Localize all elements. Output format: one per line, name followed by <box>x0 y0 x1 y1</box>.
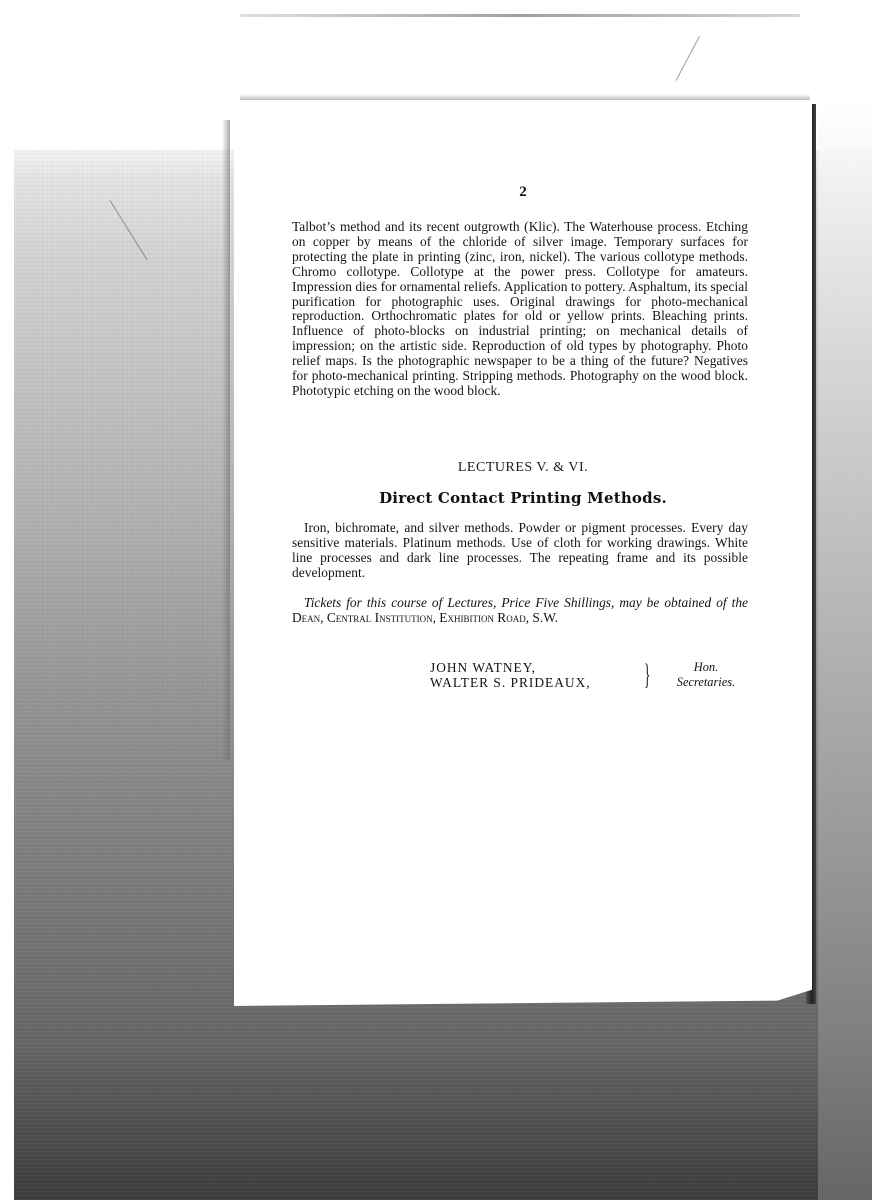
tickets-notice: Tickets for this course of Lectures, Pri… <box>292 596 748 626</box>
tickets-notice-italic: Tickets for this course of Lectures, Pri… <box>304 595 748 610</box>
secretaries-title-line: Secretaries. <box>666 675 746 690</box>
paper-left-shadow <box>222 120 230 760</box>
secretary-name: WALTER S. PRIDEAUX, <box>430 675 591 690</box>
secretaries-title: Hon. Secretaries. <box>666 660 746 690</box>
scan-top-edge <box>240 14 800 17</box>
secretaries-title-line: Hon. <box>666 660 746 675</box>
lecture-heading: LECTURES V. & VI. <box>234 460 812 476</box>
tickets-notice-address: Dean, Central Institution, Exhibition Ro… <box>292 610 558 625</box>
paragraph-text: Talbot’s method and its recent outgrowth… <box>292 220 748 399</box>
secretary-name: JOHN WATNEY, <box>430 660 591 675</box>
document-page: 2 Talbot’s method and its recent outgrow… <box>234 100 812 1006</box>
secretary-names: JOHN WATNEY, WALTER S. PRIDEAUX, <box>430 660 591 690</box>
section-paragraph: Iron, bichromate, and silver methods. Po… <box>292 521 748 581</box>
scanner-background-right <box>818 100 872 1200</box>
section-title: Direct Contact Printing Methods. <box>234 489 812 507</box>
brace-icon: } <box>644 660 650 690</box>
scan-scratch <box>676 36 700 81</box>
paragraph-text: Iron, bichromate, and silver methods. Po… <box>292 521 748 581</box>
body-paragraph: Talbot’s method and its recent outgrowth… <box>292 220 748 399</box>
paper-top-shadow <box>240 94 810 100</box>
scan-margin-left <box>0 0 14 1200</box>
page-number: 2 <box>234 184 812 201</box>
signature-block: JOHN WATNEY, WALTER S. PRIDEAUX, } Hon. … <box>430 660 750 694</box>
